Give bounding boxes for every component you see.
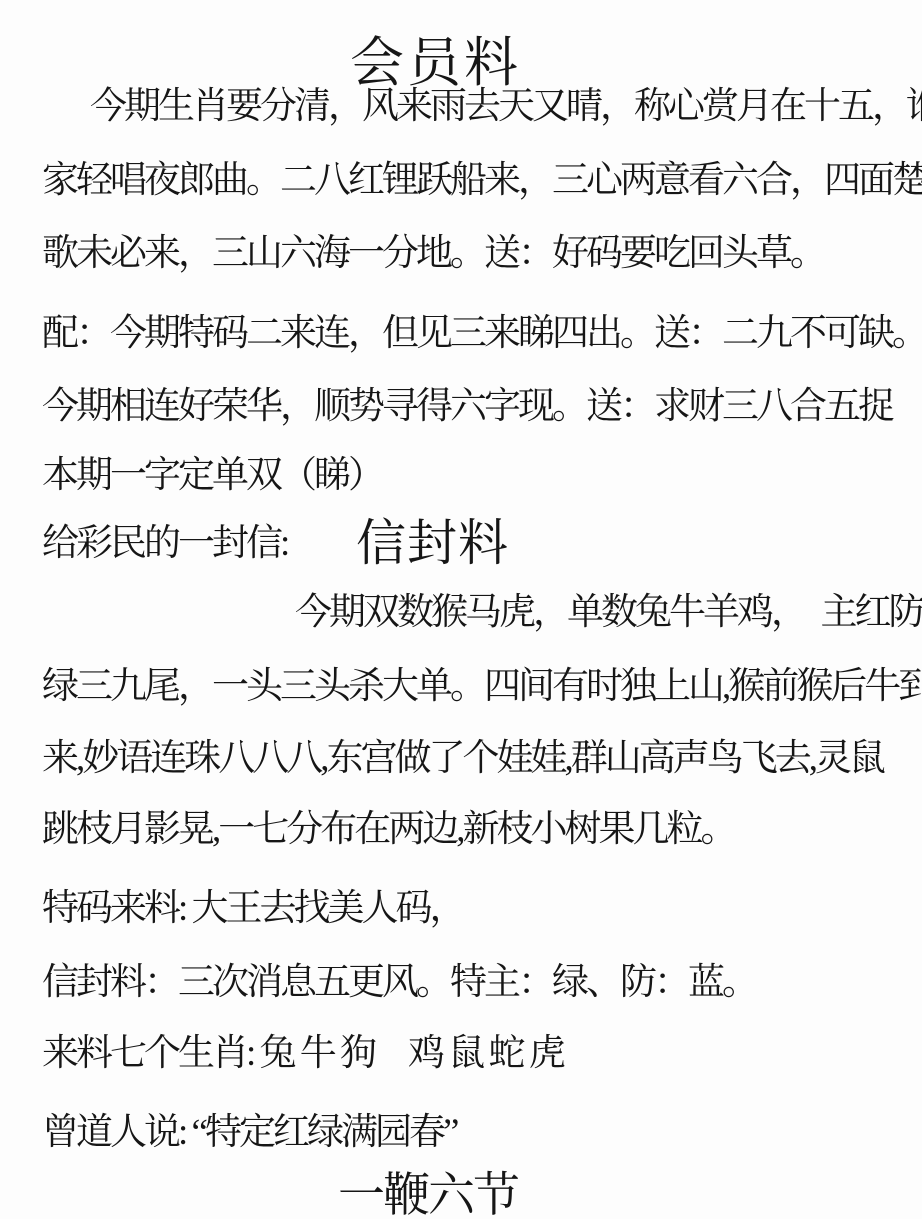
special-code-line: 特码来料: 大王去找美人码， [42, 888, 464, 931]
member-line-6: 本期一字定单双（睇） [42, 455, 382, 498]
envelope-line-4: 跳枝月影晃,一七分布在两边,新枝小树果几粒。 [42, 809, 735, 852]
member-line-3: 歌未必来，三山六海一分地。送：好码要吃回头草。 [42, 233, 824, 276]
member-line-2: 家轻唱夜郎曲。二八红锂跃船来，三心两意看六合，四面楚 [42, 160, 922, 203]
envelope-line-1: 今期双数猴马虎，单数兔牛羊鸡， 主红防 [295, 592, 922, 635]
document-page: 会员料 今期生肖要分清，风来雨去天又晴，称心赏月在十五，谁 家轻唱夜郎曲。二八红… [0, 0, 922, 1219]
zengdaoren-line: 曾道人说: “特定红绿满园春” [42, 1112, 456, 1155]
letter-label: 给彩民的一封信: [42, 512, 287, 566]
envelope-line-3: 来,妙语连珠八八八,东宫做了个娃娃,群山高声鸟飞去,灵鼠 [42, 738, 883, 781]
member-line-5: 今期相连好荣华，顺势寻得六字现。送：求财三八合五捉 [42, 386, 892, 429]
member-line-4: 配：今期特码二来连，但见三来睇四出。送：二九不可缺。 [42, 313, 922, 356]
closing-line: 一鞭六节 [338, 1158, 518, 1219]
member-line-1: 今期生肖要分清，风来雨去天又晴，称心赏月在十五，谁 [90, 86, 922, 129]
envelope-note-line: 信封料：三次消息五更风。特主：绿、防：蓝。 [42, 962, 756, 1005]
zodiac-line: 来料七个生肖: 兔 牛 狗 鸡 鼠 蛇 虎 [42, 1033, 563, 1076]
envelope-heading: 信封料 [356, 503, 509, 575]
envelope-line-2: 绿三九尾，一头三头杀大单。四间有时独上山,猴前猴后牛到 [42, 666, 922, 709]
